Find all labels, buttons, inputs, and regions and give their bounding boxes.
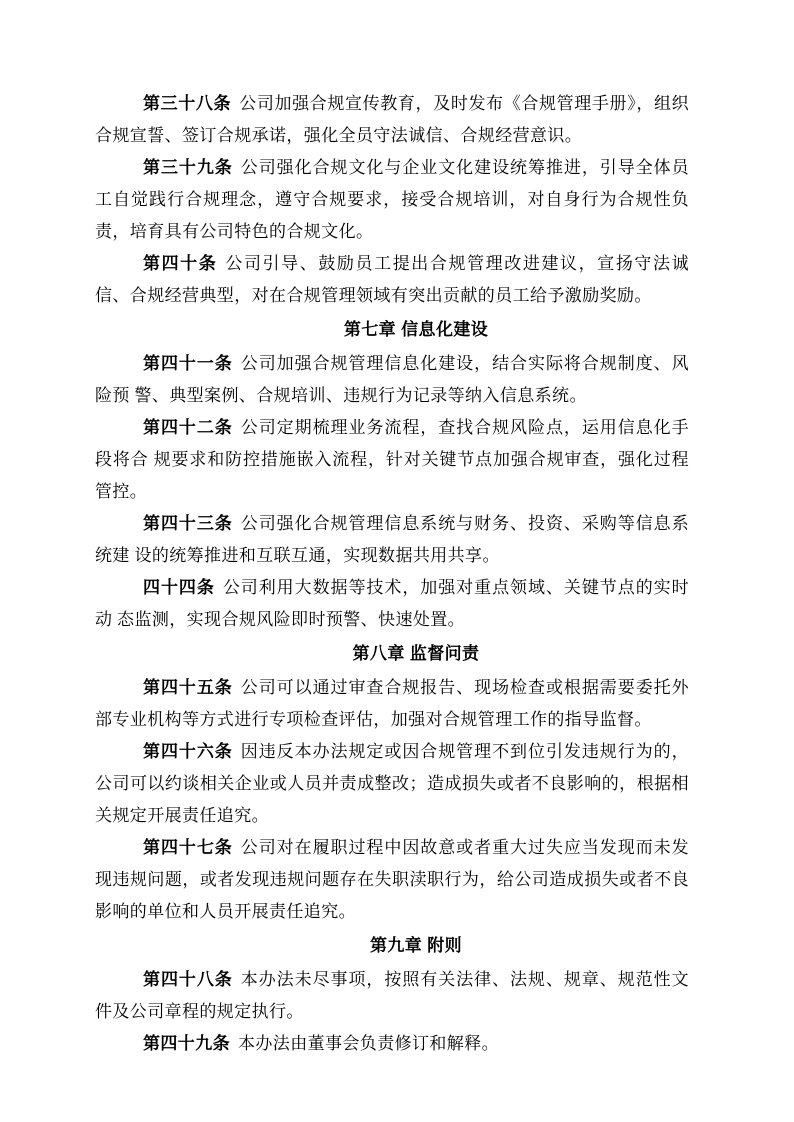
article-paragraph: 第四十八条本办法未尽事项，按照有关法律、法规、规章、规范性文件及公司章程的规定执…	[95, 964, 689, 1028]
article-paragraph: 第四十三条公司强化合规管理信息系统与财务、投资、采购等信息系统建 设的统筹推进和…	[95, 508, 689, 572]
article-number: 第四十八条	[143, 970, 233, 989]
article-paragraph: 第四十二条公司定期梳理业务流程，查找合规风险点，运用信息化手段将合 规要求和防控…	[95, 412, 689, 508]
article-paragraph: 第四十九条本办法由董事会负责修订和解释。	[95, 1028, 689, 1060]
article-number: 第四十条	[143, 254, 217, 273]
article-number: 第四十一条	[143, 354, 233, 373]
document-page: 第三十八条公司加强合规宣传教育，及时发布《合规管理手册》，组织合规宣誓、签订合规…	[0, 0, 794, 1122]
article-number: 第四十三条	[143, 514, 233, 533]
article-paragraph: 四十四条公司利用大数据等技术，加强对重点领域、关键节点的实时动 态监测，实现合规…	[95, 572, 689, 636]
article-text: 本办法由董事会负责修订和解释。	[238, 1034, 499, 1053]
article-paragraph: 第四十七条公司对在履职过程中因故意或者重大过失应当发现而未发现违规问题，或者发现…	[95, 832, 689, 928]
chapter-heading: 第九章 附则	[95, 930, 689, 962]
article-number: 第四十二条	[143, 418, 233, 437]
article-paragraph: 第四十六条因违反本办法规定或因合规管理不到位引发违规行为的，公司可以约谈相关企业…	[95, 736, 689, 832]
chapter-heading: 第八章 监督问责	[95, 638, 689, 670]
article-number: 第四十九条	[143, 1034, 230, 1053]
chapter-heading: 第七章 信息化建设	[95, 314, 689, 346]
article-number: 四十四条	[143, 578, 215, 597]
article-number: 第四十七条	[143, 838, 233, 857]
article-number: 第三十九条	[143, 158, 233, 177]
article-number: 第三十八条	[143, 94, 231, 113]
article-paragraph: 第四十条公司引导、鼓励员工提出合规管理改进建议，宣扬守法诚信、合规经营典型，对在…	[95, 248, 689, 312]
article-paragraph: 第四十一条公司加强合规管理信息化建设，结合实际将合规制度、风险预 警、典型案例、…	[95, 348, 689, 412]
article-paragraph: 第四十五条公司可以通过审查合规报告、现场检查或根据需要委托外部专业机构等方式进行…	[95, 672, 689, 736]
article-number: 第四十六条	[143, 742, 233, 761]
article-paragraph: 第三十八条公司加强合规宣传教育，及时发布《合规管理手册》，组织合规宣誓、签订合规…	[95, 88, 689, 152]
article-paragraph: 第三十九条公司强化合规文化与企业文化建设统筹推进，引导全体员工自觉践行合规理念，…	[95, 152, 689, 248]
document-body: 第三十八条公司加强合规宣传教育，及时发布《合规管理手册》，组织合规宣誓、签订合规…	[95, 88, 689, 1060]
article-number: 第四十五条	[143, 678, 233, 697]
